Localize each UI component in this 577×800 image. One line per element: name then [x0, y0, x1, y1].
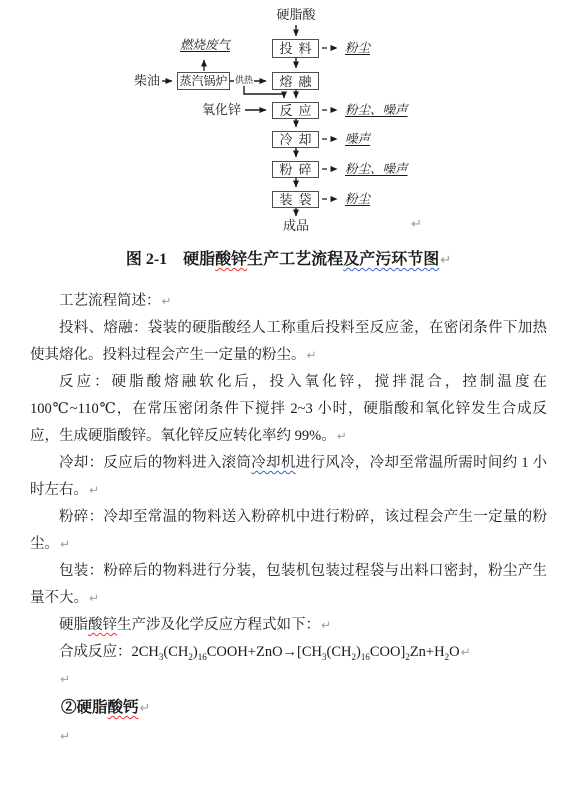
label-combustion-exhaust: 燃烧废气 — [180, 38, 230, 52]
document-page: 硬脂酸 燃烧废气 投料 粉尘 柴油 蒸汽锅炉 供热 熔融 氧化锌 反应 粉尘、噪… — [0, 0, 577, 800]
text-segment: ②硬脂 — [61, 699, 108, 716]
para-heading-calcium-stearate: ②硬脂酸钙↵ — [30, 693, 547, 723]
text-segment: Zn+H — [410, 644, 445, 660]
para-reaction: 反应：硬脂酸熔融软化后，投入氧化锌，搅拌混合，控制温度在 100℃~110℃，在… — [30, 369, 547, 450]
label-heat-supply: 供热 — [234, 76, 254, 86]
text-segment: 图 2-1 硬脂 — [126, 251, 215, 268]
figure-caption: 图 2-1 硬脂酸锌生产工艺流程及产污环节图↵ — [0, 248, 577, 273]
paragraph-mark: ↵ — [336, 429, 347, 443]
flow-box-feeding: 投料 — [272, 39, 319, 58]
flow-box-cooling: 冷却 — [272, 131, 319, 148]
text-segment: 酸钙 — [108, 699, 139, 716]
flow-box-melting: 熔融 — [272, 72, 319, 90]
text-segment: 冷却机 — [251, 455, 295, 471]
paragraph-mark: ↵ — [306, 348, 317, 362]
text-segment: COO] — [370, 644, 405, 660]
label-noise-cooling: 噪声 — [345, 132, 370, 146]
figure-paragraph-mark: ↵ — [410, 217, 422, 232]
para-feed-melt: 投料、熔融：袋装的硬脂酸经人工称重后投料至反应釜，在密闭条件下加热使其熔化。投料… — [30, 315, 547, 369]
text-segment: 16 — [361, 652, 370, 662]
paragraph-mark: ↵ — [59, 672, 70, 686]
para-packing: 包装：粉碎后的物料进行分装，包装机包装过程袋与出料口密封，粉尘产生量不大。↵ — [30, 558, 547, 612]
paragraph-mark: ↵ — [59, 729, 70, 743]
text-segment: 生产涉及化学反应方程式如下： — [117, 617, 320, 633]
text-segment: 投料、熔融：袋装的硬脂酸经人工称重后投料至反应釜，在密闭条件下加热使其熔化。投料… — [30, 320, 547, 363]
para-process-intro: 工艺流程简述：↵ — [30, 288, 547, 315]
text-segment: 粉碎：冷却至常温的物料送入粉碎机中进行粉碎，该过程会产生一定量的粉尘。 — [30, 509, 547, 552]
text-segment: 酸锌 — [215, 251, 247, 268]
label-dust-feeding: 粉尘 — [345, 41, 370, 55]
flow-box-steam-boiler: 蒸汽锅炉 — [177, 72, 230, 90]
label-dust-bagging: 粉尘 — [345, 192, 370, 206]
paragraph-mark: ↵ — [59, 537, 70, 551]
label-diesel: 柴油 — [134, 74, 160, 88]
text-segment: 生产工艺流程 — [247, 251, 343, 268]
para-cooling: 冷却：反应后的物料进入滚筒冷却机进行风冷，冷却至常温所需时间约 1 小时左右。↵ — [30, 450, 547, 504]
paragraph-mark: ↵ — [460, 645, 471, 659]
text-segment: 酸锌 — [88, 617, 117, 633]
label-finished-product: 成品 — [283, 219, 309, 233]
paragraph-mark: ↵ — [88, 591, 99, 605]
text-segment: 16 — [198, 652, 207, 662]
para-empty-2: ↵ — [30, 723, 547, 750]
label-dust-noise-crushing: 粉尘、噪声 — [345, 162, 408, 176]
para-equation-intro: 硬脂酸锌生产涉及化学反应方程式如下：↵ — [30, 612, 547, 639]
caption-paragraph-mark: ↵ — [439, 253, 451, 268]
text-segment: 包装：粉碎后的物料进行分装，包装机包装过程袋与出料口密封，粉尘产生量不大。 — [30, 563, 547, 606]
para-empty-1: ↵ — [30, 666, 547, 693]
label-zinc-oxide: 氧化锌 — [202, 103, 241, 117]
paragraph-mark: ↵ — [139, 700, 151, 715]
text-segment: 反应：硬脂酸熔融软化后，投入氧化锌，搅拌混合，控制温度在 100℃~110℃，在… — [30, 374, 547, 444]
flow-connector-lines — [0, 0, 577, 245]
text-segment: COOH+ZnO→[CH — [207, 644, 322, 660]
label-dust-noise-reaction: 粉尘、噪声 — [345, 103, 408, 117]
text-segment: 合成反应：2CH — [59, 644, 159, 660]
paragraph-mark: ↵ — [161, 294, 172, 308]
process-flow-diagram: 硬脂酸 燃烧废气 投料 粉尘 柴油 蒸汽锅炉 供热 熔融 氧化锌 反应 粉尘、噪… — [0, 0, 577, 245]
text-segment: 硬脂 — [59, 617, 88, 633]
label-stearic-acid: 硬脂酸 — [272, 8, 320, 22]
para-equation: 合成反应：2CH3(CH2)16COOH+ZnO→[CH3(CH2)16COO]… — [30, 639, 547, 666]
text-segment: 工艺流程简述： — [59, 293, 161, 309]
figure-caption-text: 图 2-1 硬脂酸锌生产工艺流程及产污环节图 — [126, 251, 439, 268]
body-text: 工艺流程简述：↵投料、熔融：袋装的硬脂酸经人工称重后投料至反应釜，在密闭条件下加… — [30, 288, 547, 750]
text-segment: (CH — [163, 644, 188, 660]
para-crushing: 粉碎：冷却至常温的物料送入粉碎机中进行粉碎，该过程会产生一定量的粉尘。↵ — [30, 504, 547, 558]
text-segment: O — [449, 644, 459, 660]
text-segment: (CH — [327, 644, 352, 660]
flow-box-reaction: 反应 — [272, 102, 319, 119]
text-segment: 冷却：反应后的物料进入滚筒 — [59, 455, 251, 471]
flow-box-crushing: 粉碎 — [272, 161, 319, 178]
paragraph-mark: ↵ — [88, 483, 99, 497]
text-segment: 及产污环节图 — [343, 251, 439, 268]
paragraph-mark: ↵ — [320, 618, 331, 632]
flow-box-bagging: 装袋 — [272, 191, 319, 208]
